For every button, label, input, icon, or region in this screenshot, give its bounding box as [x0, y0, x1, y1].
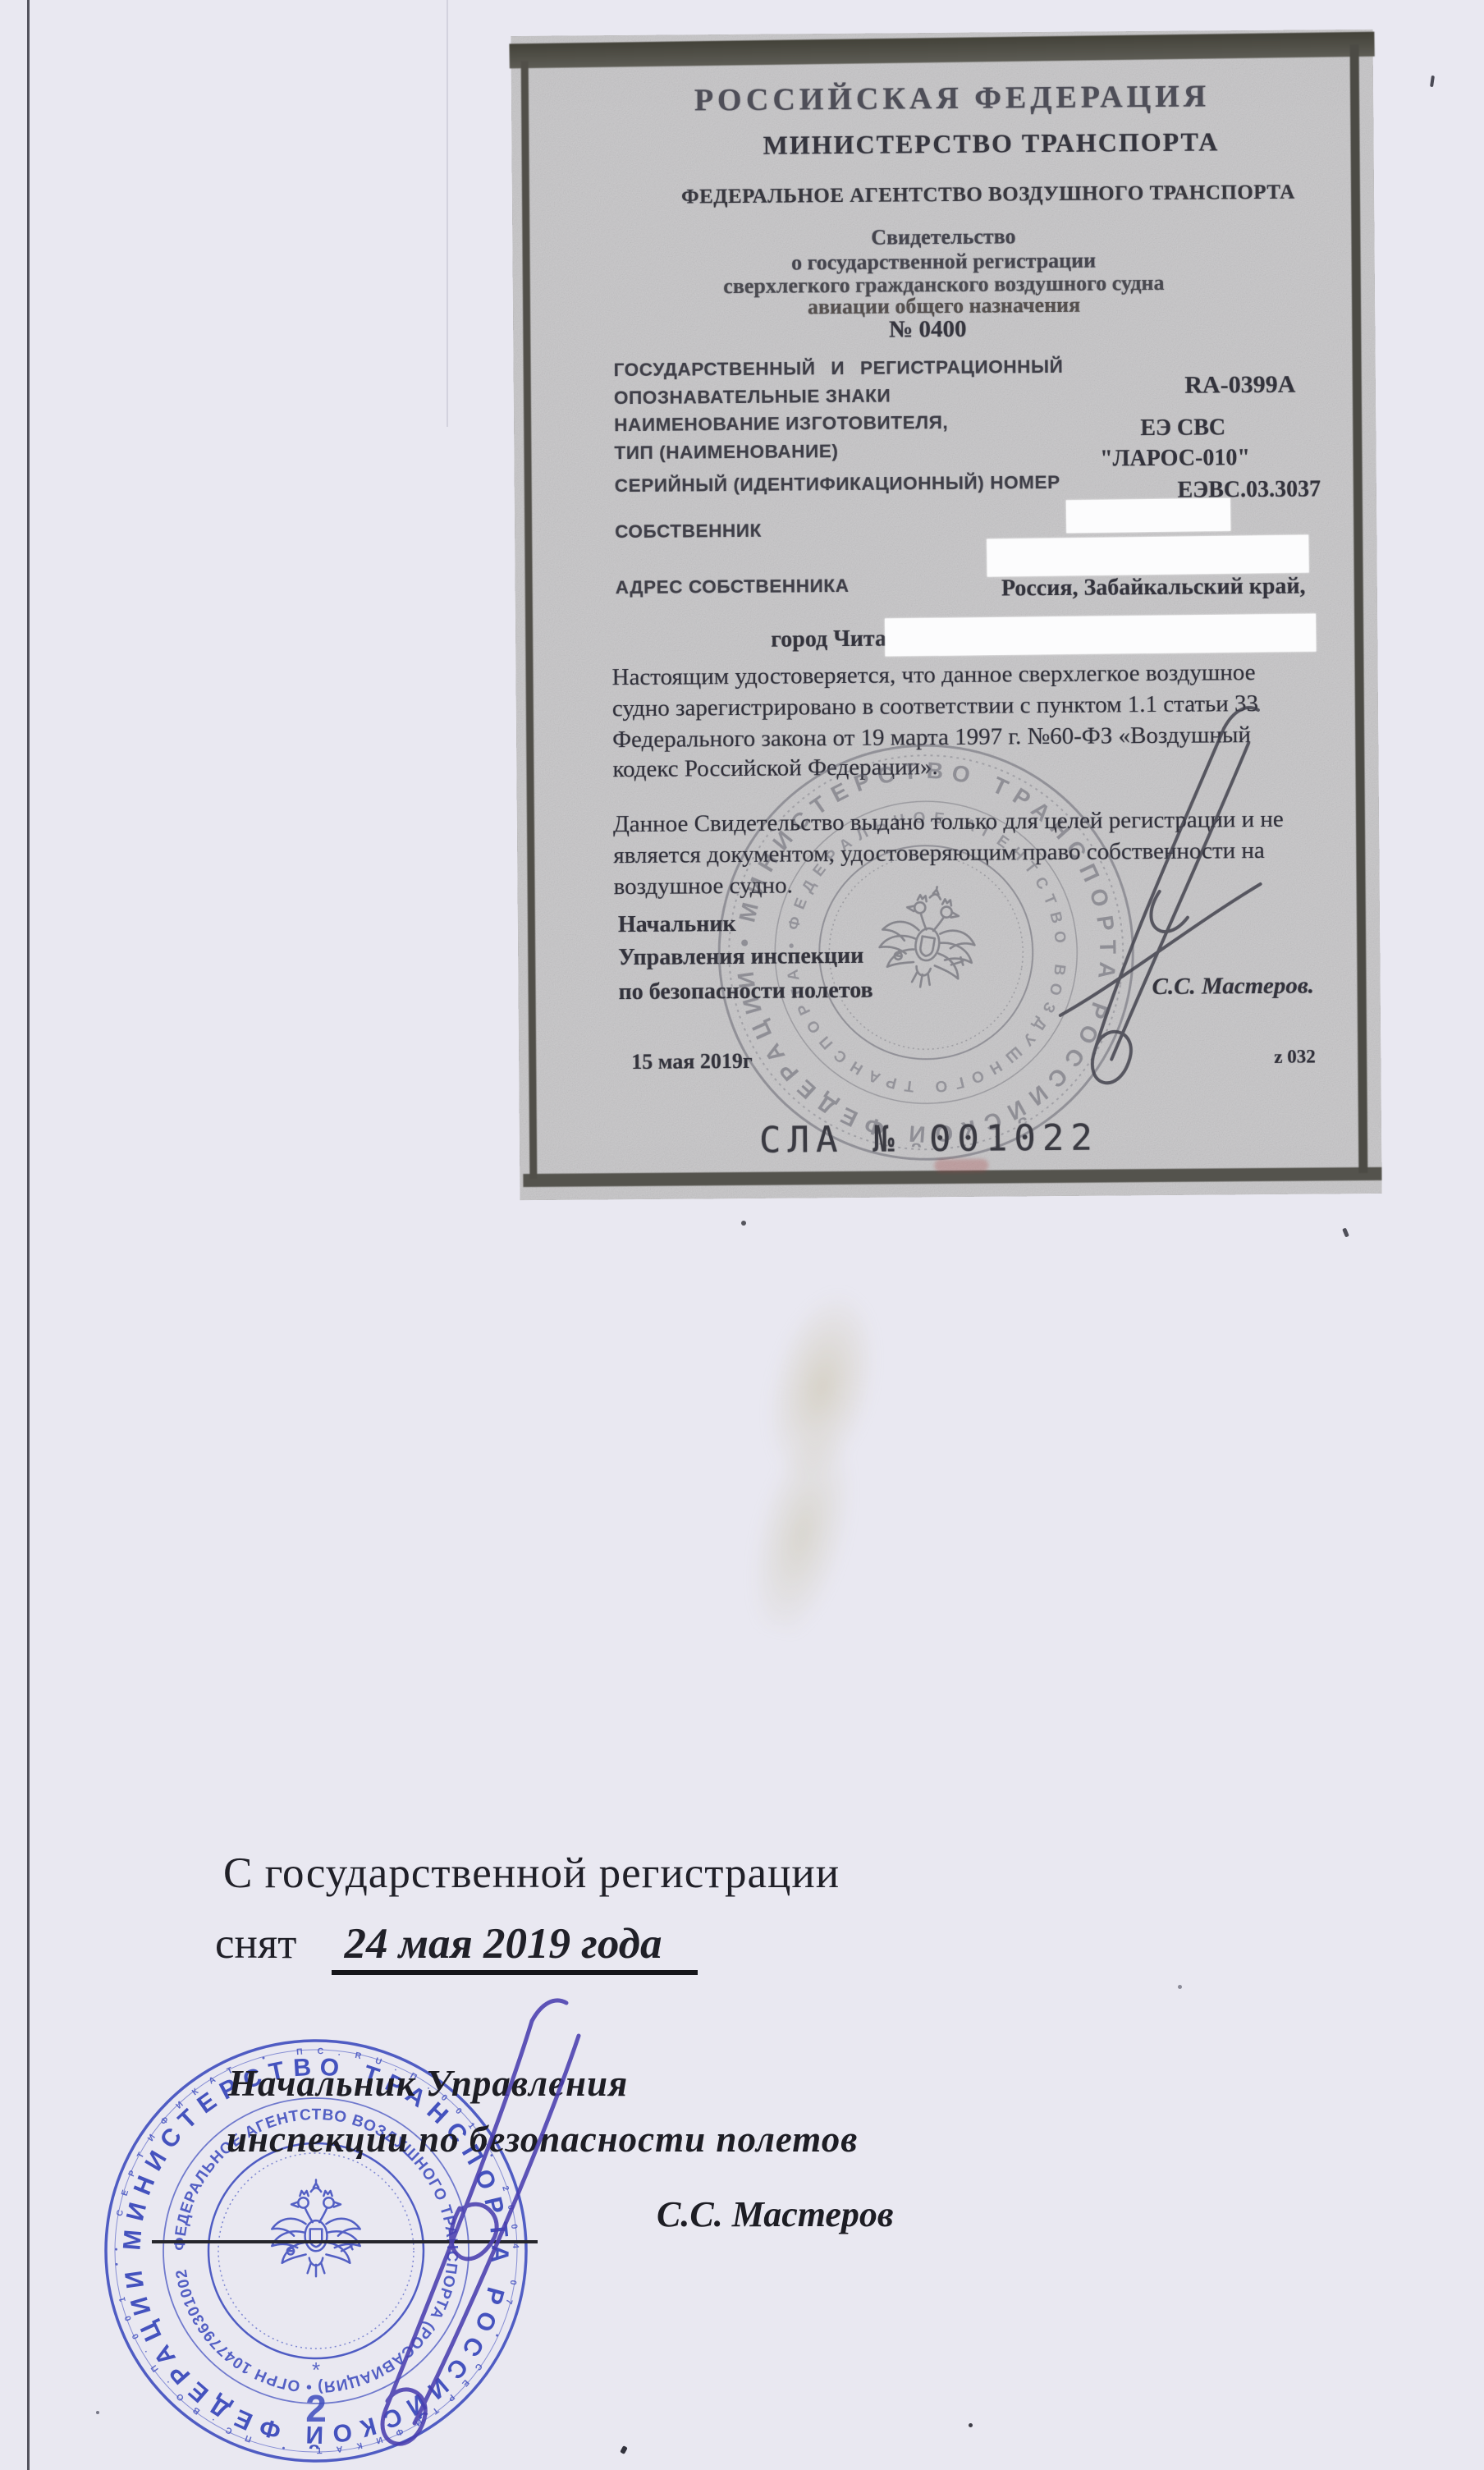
left-margin-rule [27, 0, 30, 2470]
ink-speck [1342, 1227, 1349, 1237]
cert-content: РОССИЙСКАЯ ФЕДЕРАЦИЯ МИНИСТЕРСТВО ТРАНСП… [511, 30, 1381, 1200]
signature-block-name: С.С. Мастеров [657, 2193, 894, 2235]
body-par2-line3: воздушное судно. [613, 872, 792, 900]
deregistration-note-line2: снят24 мая 2019 года [215, 1919, 662, 1968]
deregistration-date-underline [332, 1970, 698, 1975]
registration-certificate: РОССИЙСКАЯ ФЕДЕРАЦИЯ МИНИСТЕРСТВО ТРАНСП… [511, 30, 1381, 1200]
ministry-title: МИНИСТЕРСТВО ТРАНСПОРТА [511, 126, 1373, 163]
ink-speck [1178, 1985, 1182, 1989]
signer-title-line3: по безопасности полетов [618, 978, 873, 1006]
signer-title-line2: Управления инспекции [618, 943, 863, 971]
manufacturer-label-line1: НАИМЕНОВАНИЕ ИЗГОТОВИТЕЛЯ, [614, 412, 948, 436]
ink-speck [741, 1221, 746, 1226]
manufacturer-label-line2: ТИП (НАИМЕНОВАНИЕ) [614, 441, 838, 464]
owner-address-label: АДРЕС СОБСТВЕННИКА [616, 575, 850, 598]
owner-label: СОБСТВЕННИК [615, 520, 762, 543]
owner-address-value-line2: город Чита, [771, 626, 892, 653]
blank-number: СЛА № 001022 [759, 1116, 1153, 1162]
issue-date: 15 мая 2019г [631, 1049, 753, 1075]
manufacturer-value-line2: "ЛАРОС-010" [1072, 445, 1277, 473]
red-ink-smudge [934, 1159, 988, 1173]
redaction-box-owner-line2 [987, 535, 1309, 577]
blue-stamp-star: * [312, 2358, 320, 2382]
page-stain [690, 1266, 935, 1648]
ink-speck [969, 2423, 973, 2427]
doc-number: № 0400 [513, 313, 1375, 346]
signer-title-line1: Начальник [618, 911, 736, 938]
owner-address-value-line1: Россия, Забайкальский край, [975, 573, 1332, 602]
redaction-box-owner-line1 [1066, 498, 1231, 534]
redaction-box-address [885, 614, 1316, 657]
paper-crease-line [447, 0, 448, 427]
deregistration-date: 24 мая 2019 года [344, 1920, 662, 1968]
scanned-page: РОССИЙСКАЯ ФЕДЕРАЦИЯ МИНИСТЕРСТВО ТРАНСП… [0, 0, 1484, 2470]
agency-title: ФЕДЕРАЛЬНОЕ АГЕНТСТВО ВОЗДУШНОГО ТРАНСПО… [512, 181, 1374, 210]
blue-stamp-number: 2 [305, 2387, 327, 2430]
blue-pen-signature [328, 1995, 673, 2470]
cert-pen-signature [943, 679, 1299, 1108]
reg-marks-value: RA-0399A [1138, 370, 1343, 400]
serial-number-label: СЕРИЙНЫЙ (ИДЕНТИФИКАЦИОННЫЙ) НОМЕР [615, 472, 1060, 497]
country-title: РОССИЙСКАЯ ФЕДЕРАЦИЯ [511, 77, 1373, 120]
ink-speck [1430, 76, 1435, 87]
deregistration-word: снят [215, 1920, 296, 1968]
reg-marks-label-line2: ОПОЗНАВАТЕЛЬНЫЕ ЗНАКИ [614, 386, 891, 410]
reg-marks-label-line1: ГОСУДАРСТВЕННЫЙ И РЕГИСТРАЦИОННЫЙ [614, 356, 1064, 381]
deregistration-note-line1: С государственной регистрации [223, 1849, 840, 1898]
manufacturer-value-line1: ЕЭ СВС [1080, 415, 1285, 442]
